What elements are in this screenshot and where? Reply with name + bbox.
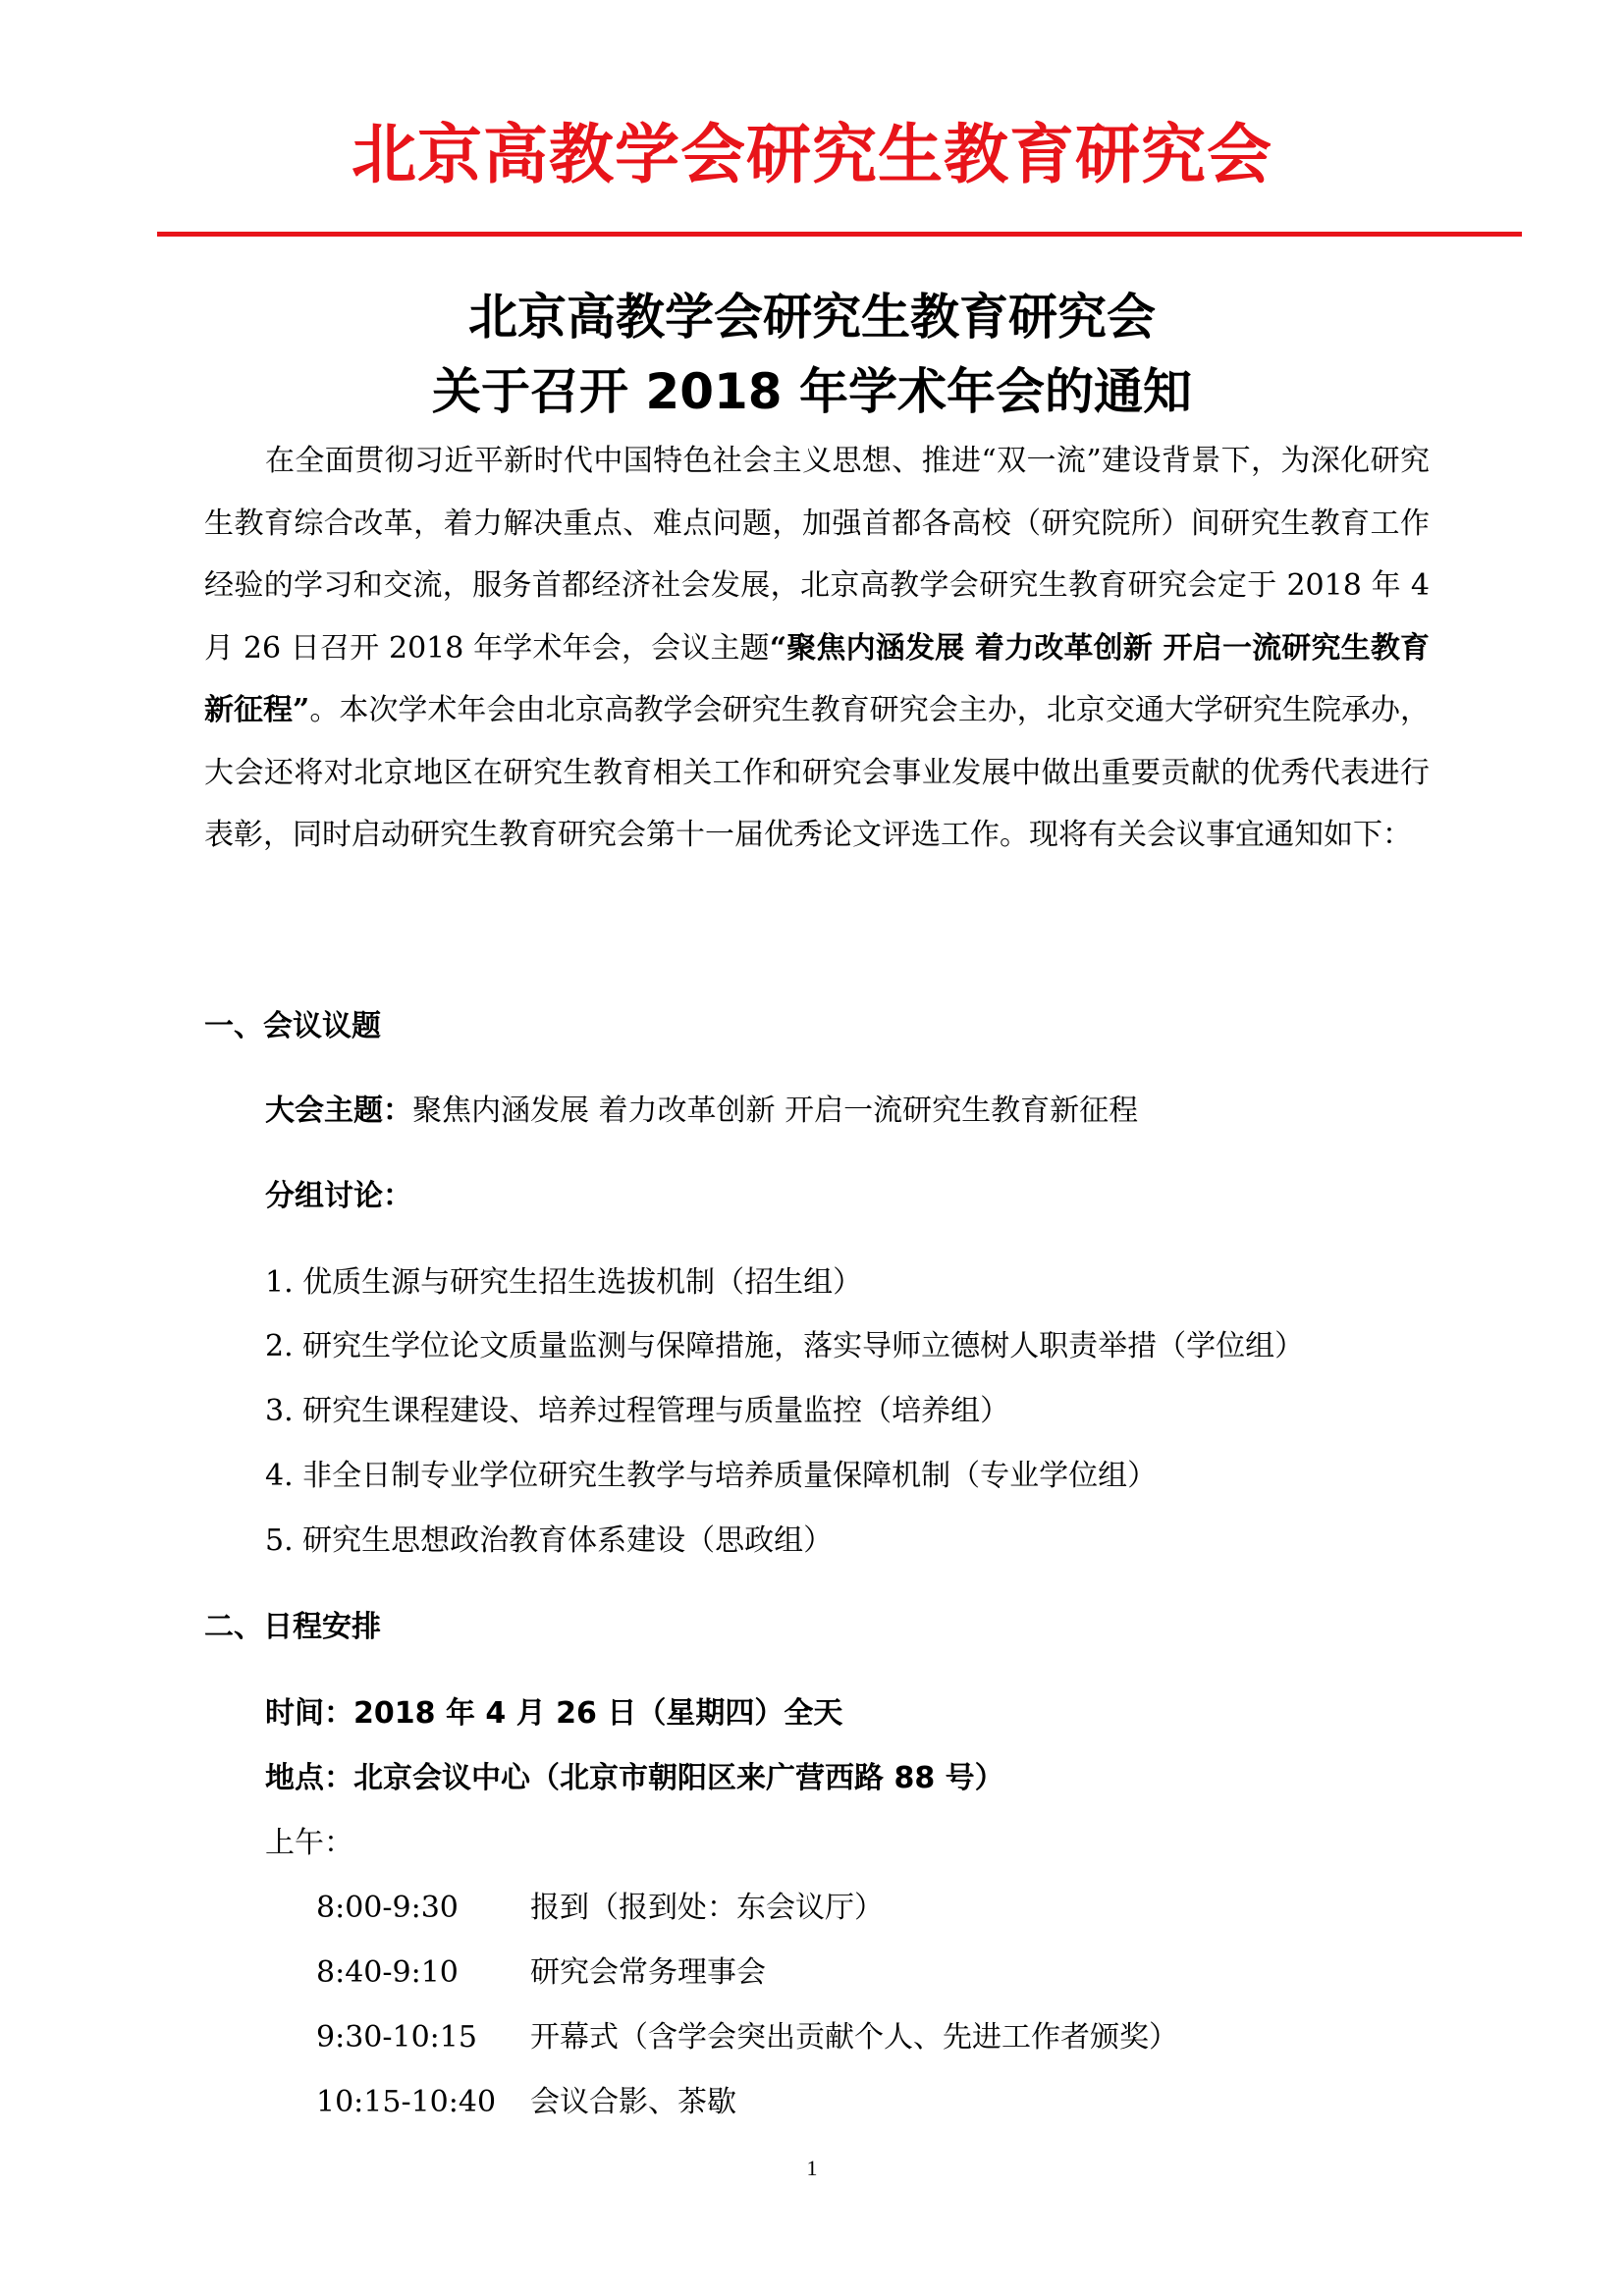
meeting-location: 地点：北京会议中心（北京市朝阳区来广营西路 88 号） bbox=[265, 1759, 1004, 1798]
group-topic-item: 5. 研究生思想政治教育体系建设（思政组） bbox=[265, 1522, 833, 1561]
letterhead-title: 北京高教学会研究生教育研究会 bbox=[0, 116, 1624, 194]
schedule-event: 研究会常务理事会 bbox=[530, 1953, 766, 1993]
schedule-time: 10:15-10:40 bbox=[316, 2083, 496, 2122]
letterhead-divider bbox=[157, 232, 1522, 237]
meeting-time: 时间：2018 年 4 月 26 日（星期四）全天 bbox=[265, 1694, 842, 1734]
document-title: 北京高教学会研究生教育研究会 关于召开 2018 年学术年会的通知 bbox=[0, 280, 1624, 429]
schedule-time: 8:00-9:30 bbox=[316, 1889, 459, 1928]
page-number: 1 bbox=[0, 2156, 1624, 2181]
schedule-time: 8:40-9:10 bbox=[316, 1953, 459, 1993]
document-title-line-2: 关于召开 2018 年学术年会的通知 bbox=[0, 354, 1624, 429]
conference-theme-line: 大会主题：聚焦内涵发展 着力改革创新 开启一流研究生教育新征程 bbox=[265, 1092, 1138, 1131]
group-topic-item: 4. 非全日制专业学位研究生教学与培养质量保障机制（专业学位组） bbox=[265, 1457, 1157, 1496]
group-topic-item: 2. 研究生学位论文质量监测与保障措施，落实导师立德树人职责举措（学位组） bbox=[265, 1327, 1304, 1366]
section-heading-schedule: 二、日程安排 bbox=[204, 1608, 381, 1647]
schedule-time: 9:30-10:15 bbox=[316, 2018, 477, 2057]
schedule-event: 开幕式（含学会突出贡献个人、先进工作者颁奖） bbox=[530, 2018, 1178, 2057]
morning-label: 上午： bbox=[265, 1824, 353, 1863]
group-discussion-label: 分组讨论： bbox=[265, 1177, 412, 1216]
schedule-event: 会议合影、茶歇 bbox=[530, 2083, 736, 2122]
conference-theme-label: 大会主题： bbox=[265, 1094, 412, 1128]
intro-text-part-2: 。本次学术年会由北京高教学会研究生教育研究会主办，北京交通大学研究生院承办，大会… bbox=[204, 693, 1430, 852]
section-heading-topics: 一、会议议题 bbox=[204, 1007, 381, 1046]
group-topic-item: 3. 研究生课程建设、培养过程管理与质量监控（培养组） bbox=[265, 1392, 1009, 1431]
schedule-event: 报到（报到处：东会议厅） bbox=[530, 1889, 884, 1928]
document-title-line-1: 北京高教学会研究生教育研究会 bbox=[0, 280, 1624, 354]
conference-theme-value: 聚焦内涵发展 着力改革创新 开启一流研究生教育新征程 bbox=[412, 1094, 1138, 1128]
intro-paragraph: 在全面贯彻习近平新时代中国特色社会主义思想、推进“双一流”建设背景下，为深化研究… bbox=[204, 430, 1430, 867]
group-topic-item: 1. 优质生源与研究生招生选拔机制（招生组） bbox=[265, 1263, 862, 1303]
